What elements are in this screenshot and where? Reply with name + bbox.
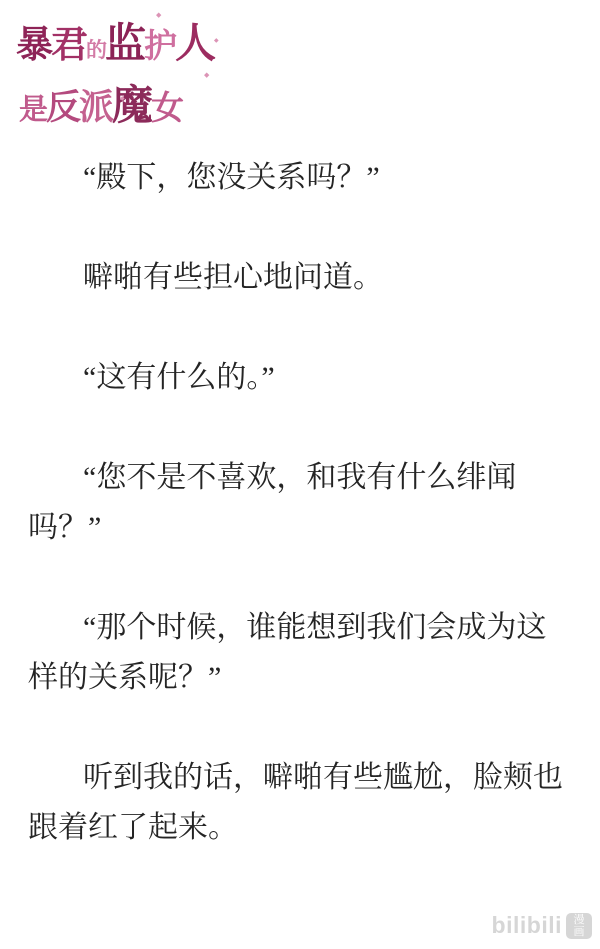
series-logo-char: 女	[151, 82, 182, 129]
series-logo-line1: 暴君的监护人	[16, 10, 246, 74]
novel-paragraph: “殿下，您没关系吗？”	[28, 153, 570, 203]
novel-paragraph: 噼啪有些担心地问道。	[28, 253, 570, 303]
series-logo-char: 护	[144, 20, 175, 67]
sparkle-icon: ◆	[120, 96, 125, 102]
series-logo-char: 魔	[112, 72, 151, 131]
sparkle-icon: ◆	[204, 72, 209, 79]
series-logo-line2: 是反派魔女	[16, 72, 246, 118]
novel-paragraph: “这有什么的。”	[28, 353, 570, 403]
novel-paragraph: 听到我的话，噼啪有些尴尬，脸颊也 跟着红了起来。	[28, 753, 570, 853]
bilibili-wordmark: bilibili	[492, 912, 562, 939]
manga-badge-bottom: 画	[574, 926, 585, 938]
series-logo-char: 君	[51, 14, 86, 68]
novel-paragraph: “您不是不喜欢，和我有什么绯闻 吗？”	[28, 453, 570, 553]
series-logo-char: 暴	[16, 14, 51, 68]
series-logo-char: 监	[105, 10, 144, 69]
series-logo-char: 反	[46, 80, 79, 130]
series-logo: 暴君的监护人 是反派魔女 ◆ ◆ ◆ ◆	[16, 10, 246, 122]
series-logo-char: 是	[19, 87, 46, 128]
manga-badge-top: 漫	[574, 914, 585, 926]
bilibili-watermark: bilibili 漫 画	[492, 912, 592, 939]
sparkle-icon: ◆	[214, 38, 219, 44]
manga-badge-icon: 漫 画	[566, 913, 592, 939]
series-logo-char: 的	[86, 34, 105, 64]
novel-text: “殿下，您没关系吗？” 噼啪有些担心地问道。 “这有什么的。” “您不是不喜欢，…	[28, 153, 570, 903]
novel-paragraph: “那个时候，谁能想到我们会成为这 样的关系呢？”	[28, 603, 570, 703]
novel-page: 暴君的监护人 是反派魔女 ◆ ◆ ◆ ◆ “殿下，您没关系吗？” 噼啪有些担心地…	[0, 0, 600, 949]
series-logo-char: 派	[79, 80, 112, 130]
sparkle-icon: ◆	[156, 12, 161, 19]
series-logo-char: 人	[175, 10, 214, 69]
